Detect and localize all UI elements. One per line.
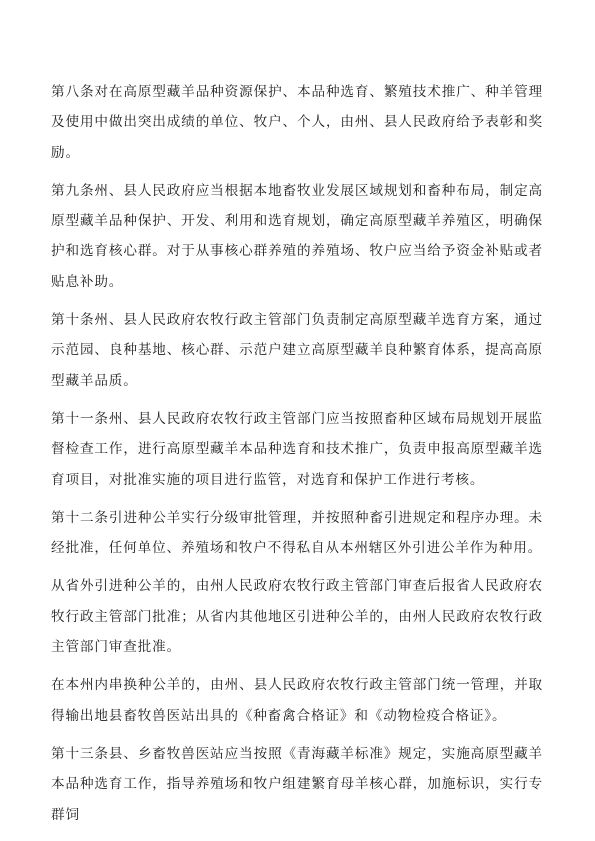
article-11-paragraph: 第十一条州、县人民政府农牧行政主管部门应当按照畜种区域布局规划开展监督检查工作，… <box>51 404 543 495</box>
out-of-province-import-paragraph: 从省外引进种公羊的，由州人民政府农牧行政主管部门审查后报省人民政府农牧行政主管部… <box>51 571 543 662</box>
article-13-paragraph: 第十三条县、乡畜牧兽医站应当按照《青海藏羊标准》规定，实施高原型藏羊本品种选育工… <box>51 739 543 830</box>
article-10-paragraph: 第十条州、县人民政府农牧行政主管部门负责制定高原型藏羊选育方案，通过示范园、良种… <box>51 305 543 396</box>
article-8-paragraph: 第八条对在高原型藏羊品种资源保护、本品种选育、繁殖技术推广、种羊管理及使用中做出… <box>51 77 543 168</box>
document-page: 第八条对在高原型藏羊品种资源保护、本品种选育、繁殖技术推广、种羊管理及使用中做出… <box>51 77 543 838</box>
article-9-paragraph: 第九条州、县人民政府应当根据本地畜牧业发展区域规划和畜种布局，制定高原型藏羊品种… <box>51 176 543 297</box>
article-12-paragraph: 第十二条引进种公羊实行分级审批管理，并按照种畜引进规定和程序办理。未经批准，任何… <box>51 503 543 564</box>
in-prefecture-exchange-paragraph: 在本州内串换种公羊的，由州、县人民政府农牧行政主管部门统一管理，并取得输出地县畜… <box>51 670 543 731</box>
